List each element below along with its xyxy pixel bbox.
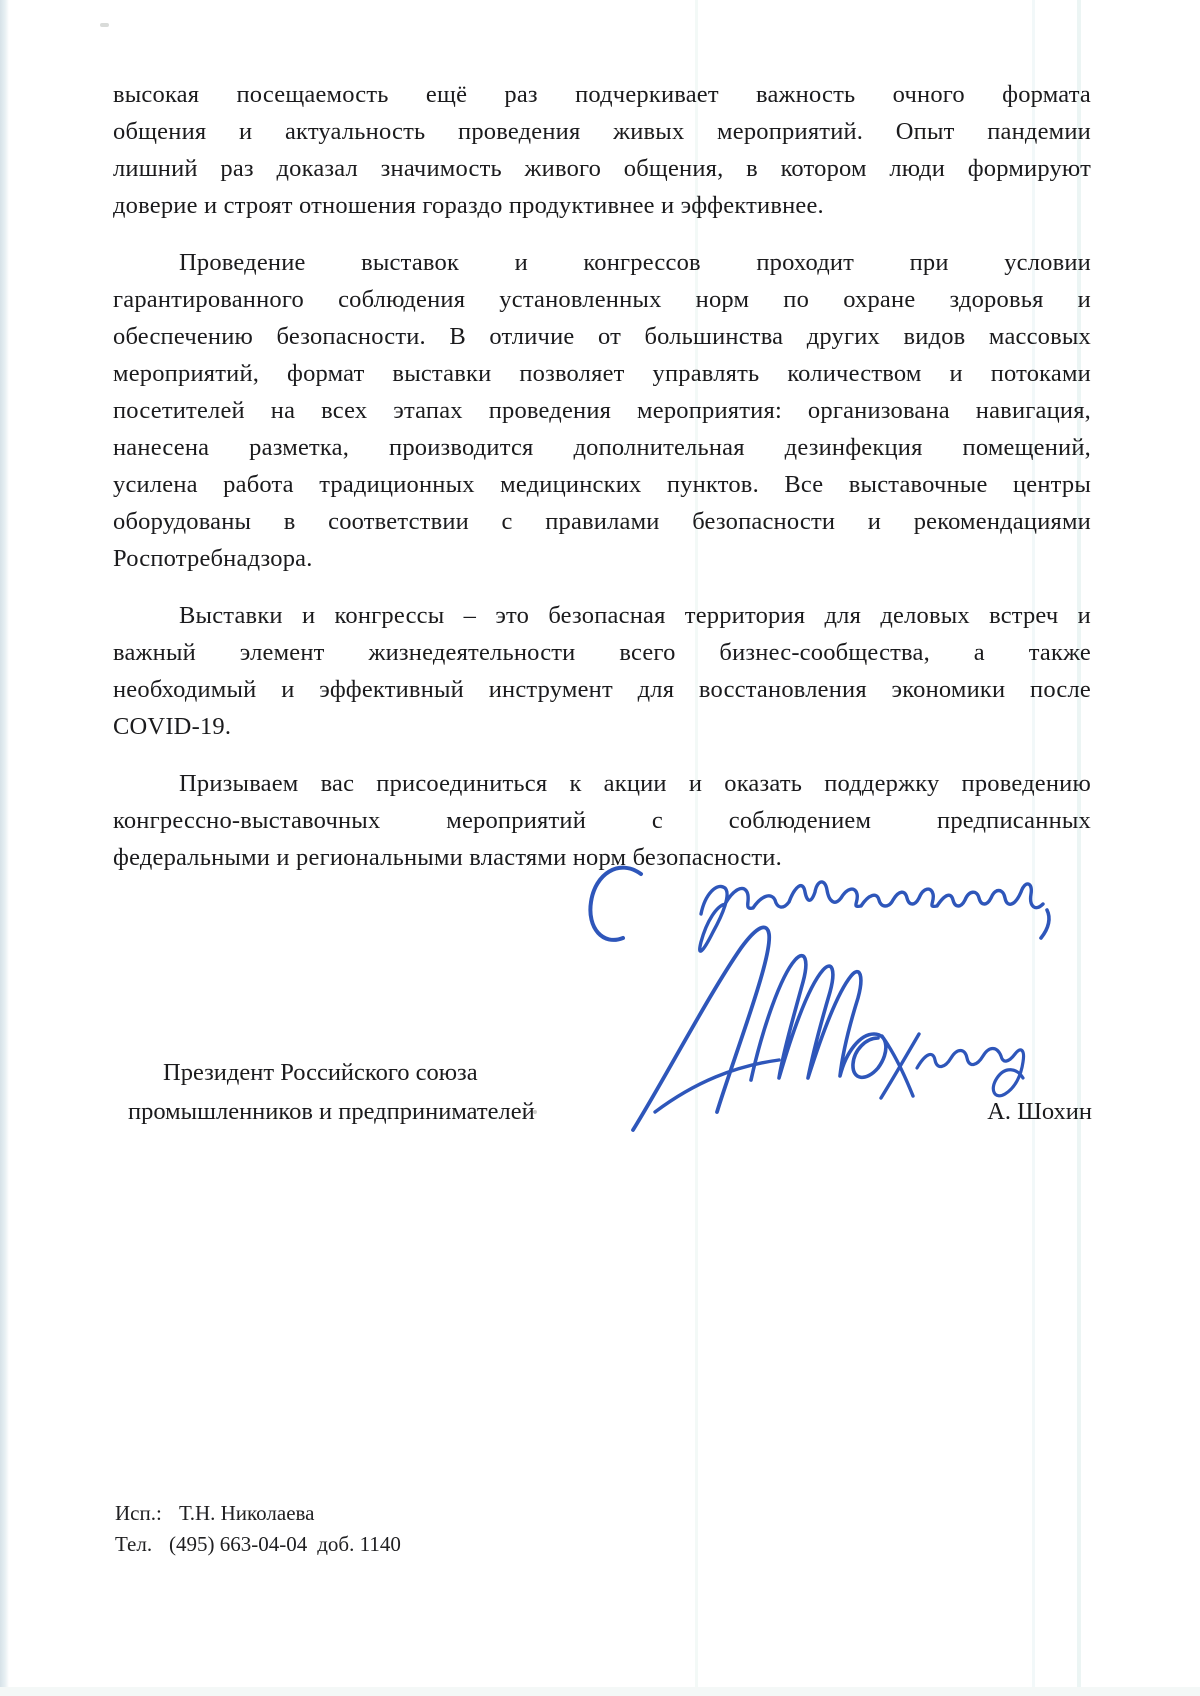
phone-extension: доб. 1140	[317, 1532, 401, 1556]
executor-name: Т.Н. Николаева	[179, 1501, 315, 1525]
scan-edge-strip-left	[0, 0, 9, 1696]
phone-line: Тел.(495) 663-04-04доб. 1140	[115, 1529, 401, 1560]
text-line: обеспечению безопасности. В отличие от б…	[113, 318, 1091, 355]
signer-title: Президент Российского союза промышленник…	[128, 1053, 535, 1131]
text-line: мероприятий, формат выставки позволяет у…	[113, 355, 1091, 392]
text-line: Выставки и конгрессы – это безопасная те…	[113, 597, 1091, 634]
scan-edge-strip-bottom	[0, 1687, 1200, 1696]
text-line: усилена работа традиционных медицинских …	[113, 466, 1091, 503]
paragraph-3: Выставки и конгрессы – это безопасная те…	[113, 597, 1091, 745]
autograph-tail-stroke	[917, 1049, 1024, 1096]
text-line: нанесена разметка, производится дополнит…	[113, 429, 1091, 466]
autograph-a-stroke	[633, 927, 769, 1130]
handwriting-uvazheniem	[700, 882, 1043, 951]
phone-label: Тел.	[115, 1529, 169, 1560]
text-line: необходимый и эффективный инструмент для…	[113, 671, 1091, 708]
text-line: доверие и строят отношения гораздо проду…	[113, 187, 1091, 224]
text-line: Призываем вас присоединиться к акции и о…	[113, 765, 1091, 802]
handwriting-s-letter	[590, 868, 641, 940]
text-line: Роспотребнадзора.	[113, 540, 1091, 577]
paragraph-2: Проведение выставок и конгрессов проходи…	[113, 244, 1091, 577]
scanned-letter-page: высокая посещаемость ещё раз подчеркивае…	[0, 0, 1200, 1696]
text-line: оборудованы в соответствии с правилами б…	[113, 503, 1091, 540]
letter-footer: Исп.:Т.Н. Николаева Тел.(495) 663-04-04д…	[115, 1498, 401, 1560]
handwriting-comma	[1041, 910, 1049, 938]
autograph-a-crossbar	[655, 1060, 779, 1112]
executor-line: Исп.:Т.Н. Николаева	[115, 1498, 401, 1529]
executor-label: Исп.:	[115, 1498, 169, 1529]
text-line: COVID-19.	[113, 708, 1091, 745]
text-line: высокая посещаемость ещё раз подчеркивае…	[113, 76, 1091, 113]
text-line: общения и актуальность проведения живых …	[113, 113, 1091, 150]
signer-title-line1: Президент Российского союза	[128, 1053, 535, 1092]
letter-body: высокая посещаемость ещё раз подчеркивае…	[113, 76, 1091, 896]
paragraph-1: высокая посещаемость ещё раз подчеркивае…	[113, 76, 1091, 224]
phone-number: (495) 663-04-04	[169, 1532, 307, 1556]
text-line: посетителей на всех этапах проведения ме…	[113, 392, 1091, 429]
text-line: лишний раз доказал значимость живого общ…	[113, 150, 1091, 187]
text-line: важный элемент жизнедеятельности всего б…	[113, 634, 1091, 671]
scan-speck	[100, 23, 109, 27]
signer-title-line2: промышленников и предпринимателей	[128, 1092, 535, 1131]
text-line: гарантированного соблюдения установленны…	[113, 281, 1091, 318]
text-line: Проведение выставок и конгрессов проходи…	[113, 244, 1091, 281]
signer-name: А. Шохин	[987, 1092, 1092, 1131]
